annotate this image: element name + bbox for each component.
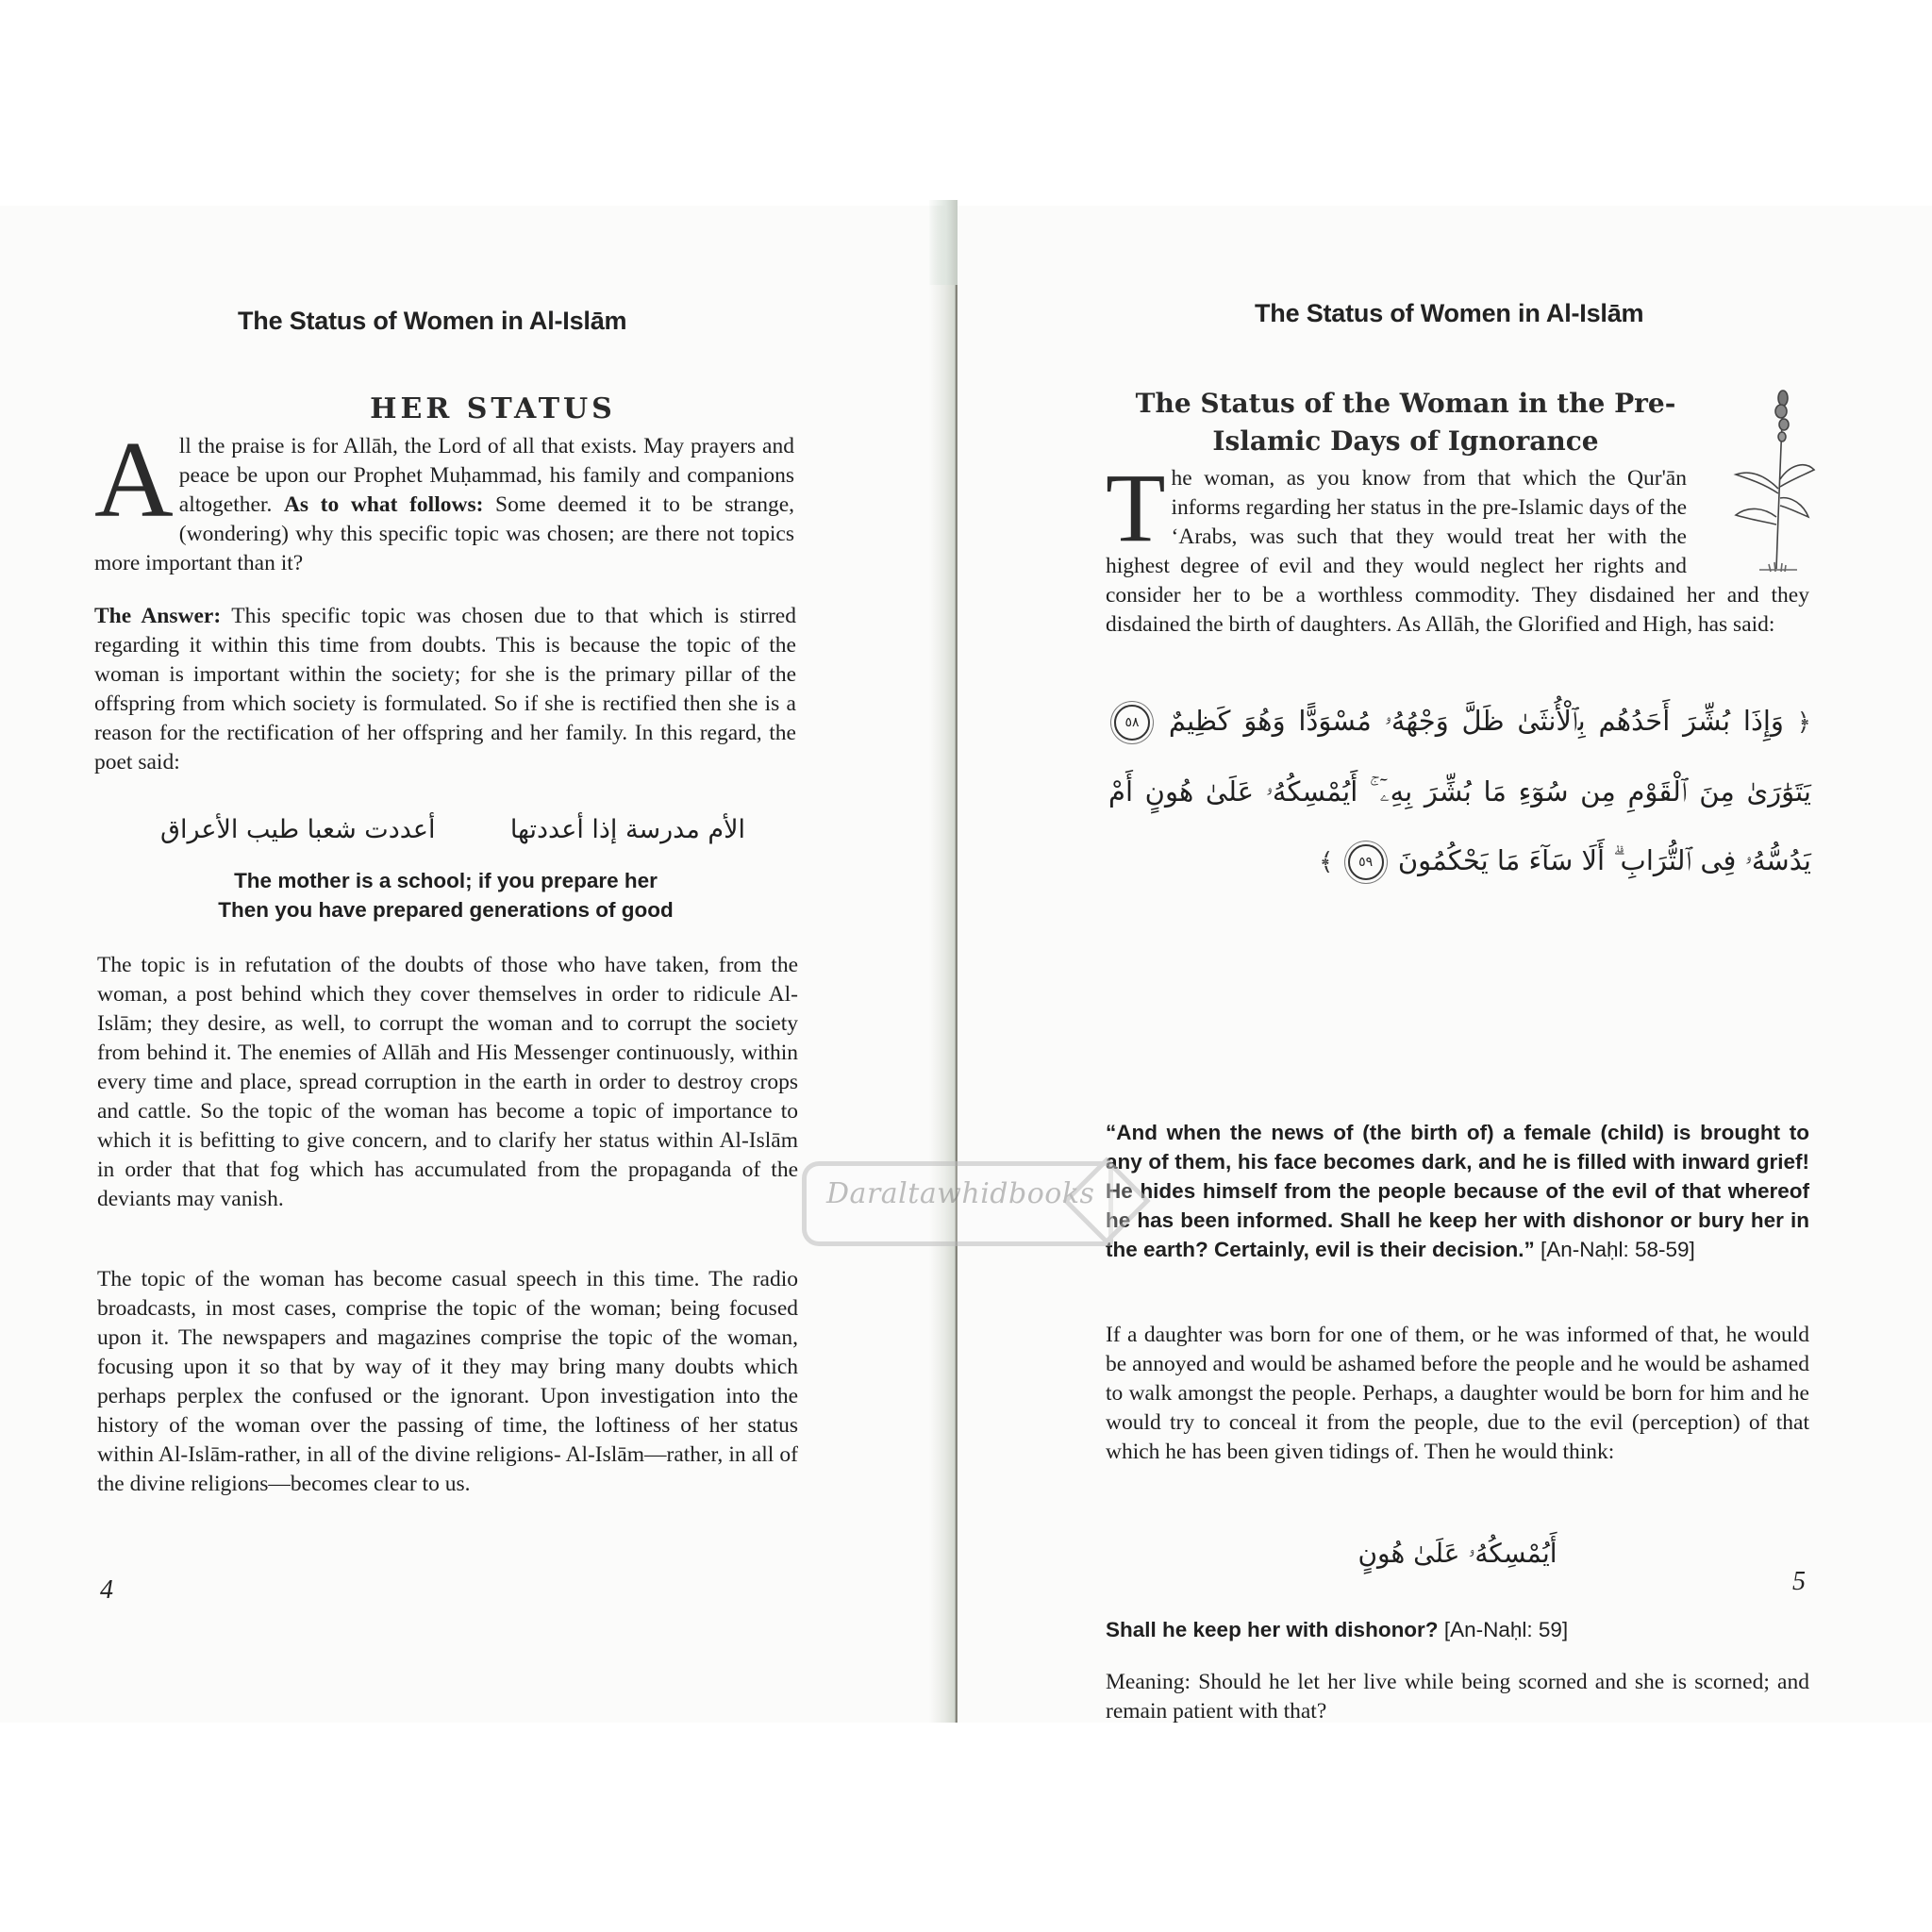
watermark: Daraltawhidbooks bbox=[792, 1154, 1141, 1244]
paragraph-text: If a daughter was born for one of them, … bbox=[1106, 1321, 1809, 1467]
quran-verse-59: يَتَوَٰرَىٰ مِنَ ٱلْقَوْمِ مِن سُوٓءِ مَ… bbox=[1108, 775, 1811, 876]
watermark-text: Daraltawhidbooks bbox=[826, 1177, 1094, 1210]
quote-reference: [An-Naḥl: 58-59] bbox=[1535, 1238, 1695, 1261]
quran-verse-58: وَإِذَا بُشِّرَ أَحَدُهُم بِٱلْأُنثَىٰ ظ… bbox=[1169, 705, 1784, 737]
ornament-close-icon: ﴾ bbox=[1319, 848, 1333, 876]
section-title-line-1: The Status of the Woman in the Pre- bbox=[1113, 385, 1698, 423]
right-paragraph-1: The woman, as you know from that which t… bbox=[1106, 464, 1809, 640]
quote-text: “And when the news of (the birth of) a f… bbox=[1106, 1121, 1809, 1261]
short-translation-reference: [An-Naḥl: 59] bbox=[1439, 1618, 1569, 1641]
short-translation-text: Shall he keep her with dishonor? bbox=[1106, 1618, 1439, 1641]
right-page: The Status of Women in Al-Islām The Stat… bbox=[0, 206, 1932, 1723]
page-number-right: 5 bbox=[1792, 1567, 1806, 1597]
dropcap-t: T bbox=[1106, 470, 1166, 546]
paragraph-text: Meaning: Should he let her live while be… bbox=[1106, 1668, 1809, 1726]
arabic-excerpt: أَيُمْسِكُهُۥ عَلَىٰ هُونٍ bbox=[1106, 1538, 1809, 1570]
running-head-right: The Status of Women in Al-Islām bbox=[1255, 299, 1643, 328]
quran-verse-block: ﴿ وَإِذَا بُشِّرَ أَحَدُهُم بِٱلْأُنثَىٰ… bbox=[1108, 687, 1811, 897]
illustration-spacer bbox=[1687, 464, 1809, 554]
right-paragraph-3: Meaning: Should he let her live while be… bbox=[1106, 1668, 1809, 1726]
book-spread: The Status of Women in Al-Islām HER STAT… bbox=[0, 206, 1932, 1723]
quran-translation: “And when the news of (the birth of) a f… bbox=[1106, 1118, 1809, 1264]
short-translation: Shall he keep her with dishonor? [An-Naḥ… bbox=[1106, 1615, 1809, 1644]
right-paragraph-2: If a daughter was born for one of them, … bbox=[1106, 1321, 1809, 1467]
section-title-pre-islamic: The Status of the Woman in the Pre- Isla… bbox=[1113, 385, 1698, 460]
section-title-line-2: Islamic Days of Ignorance bbox=[1113, 423, 1698, 460]
ornament-open-icon: ﴿ bbox=[1797, 708, 1811, 737]
ayah-number-58: ٥٨ bbox=[1114, 705, 1150, 741]
ayah-number-59: ٥٩ bbox=[1348, 844, 1384, 880]
